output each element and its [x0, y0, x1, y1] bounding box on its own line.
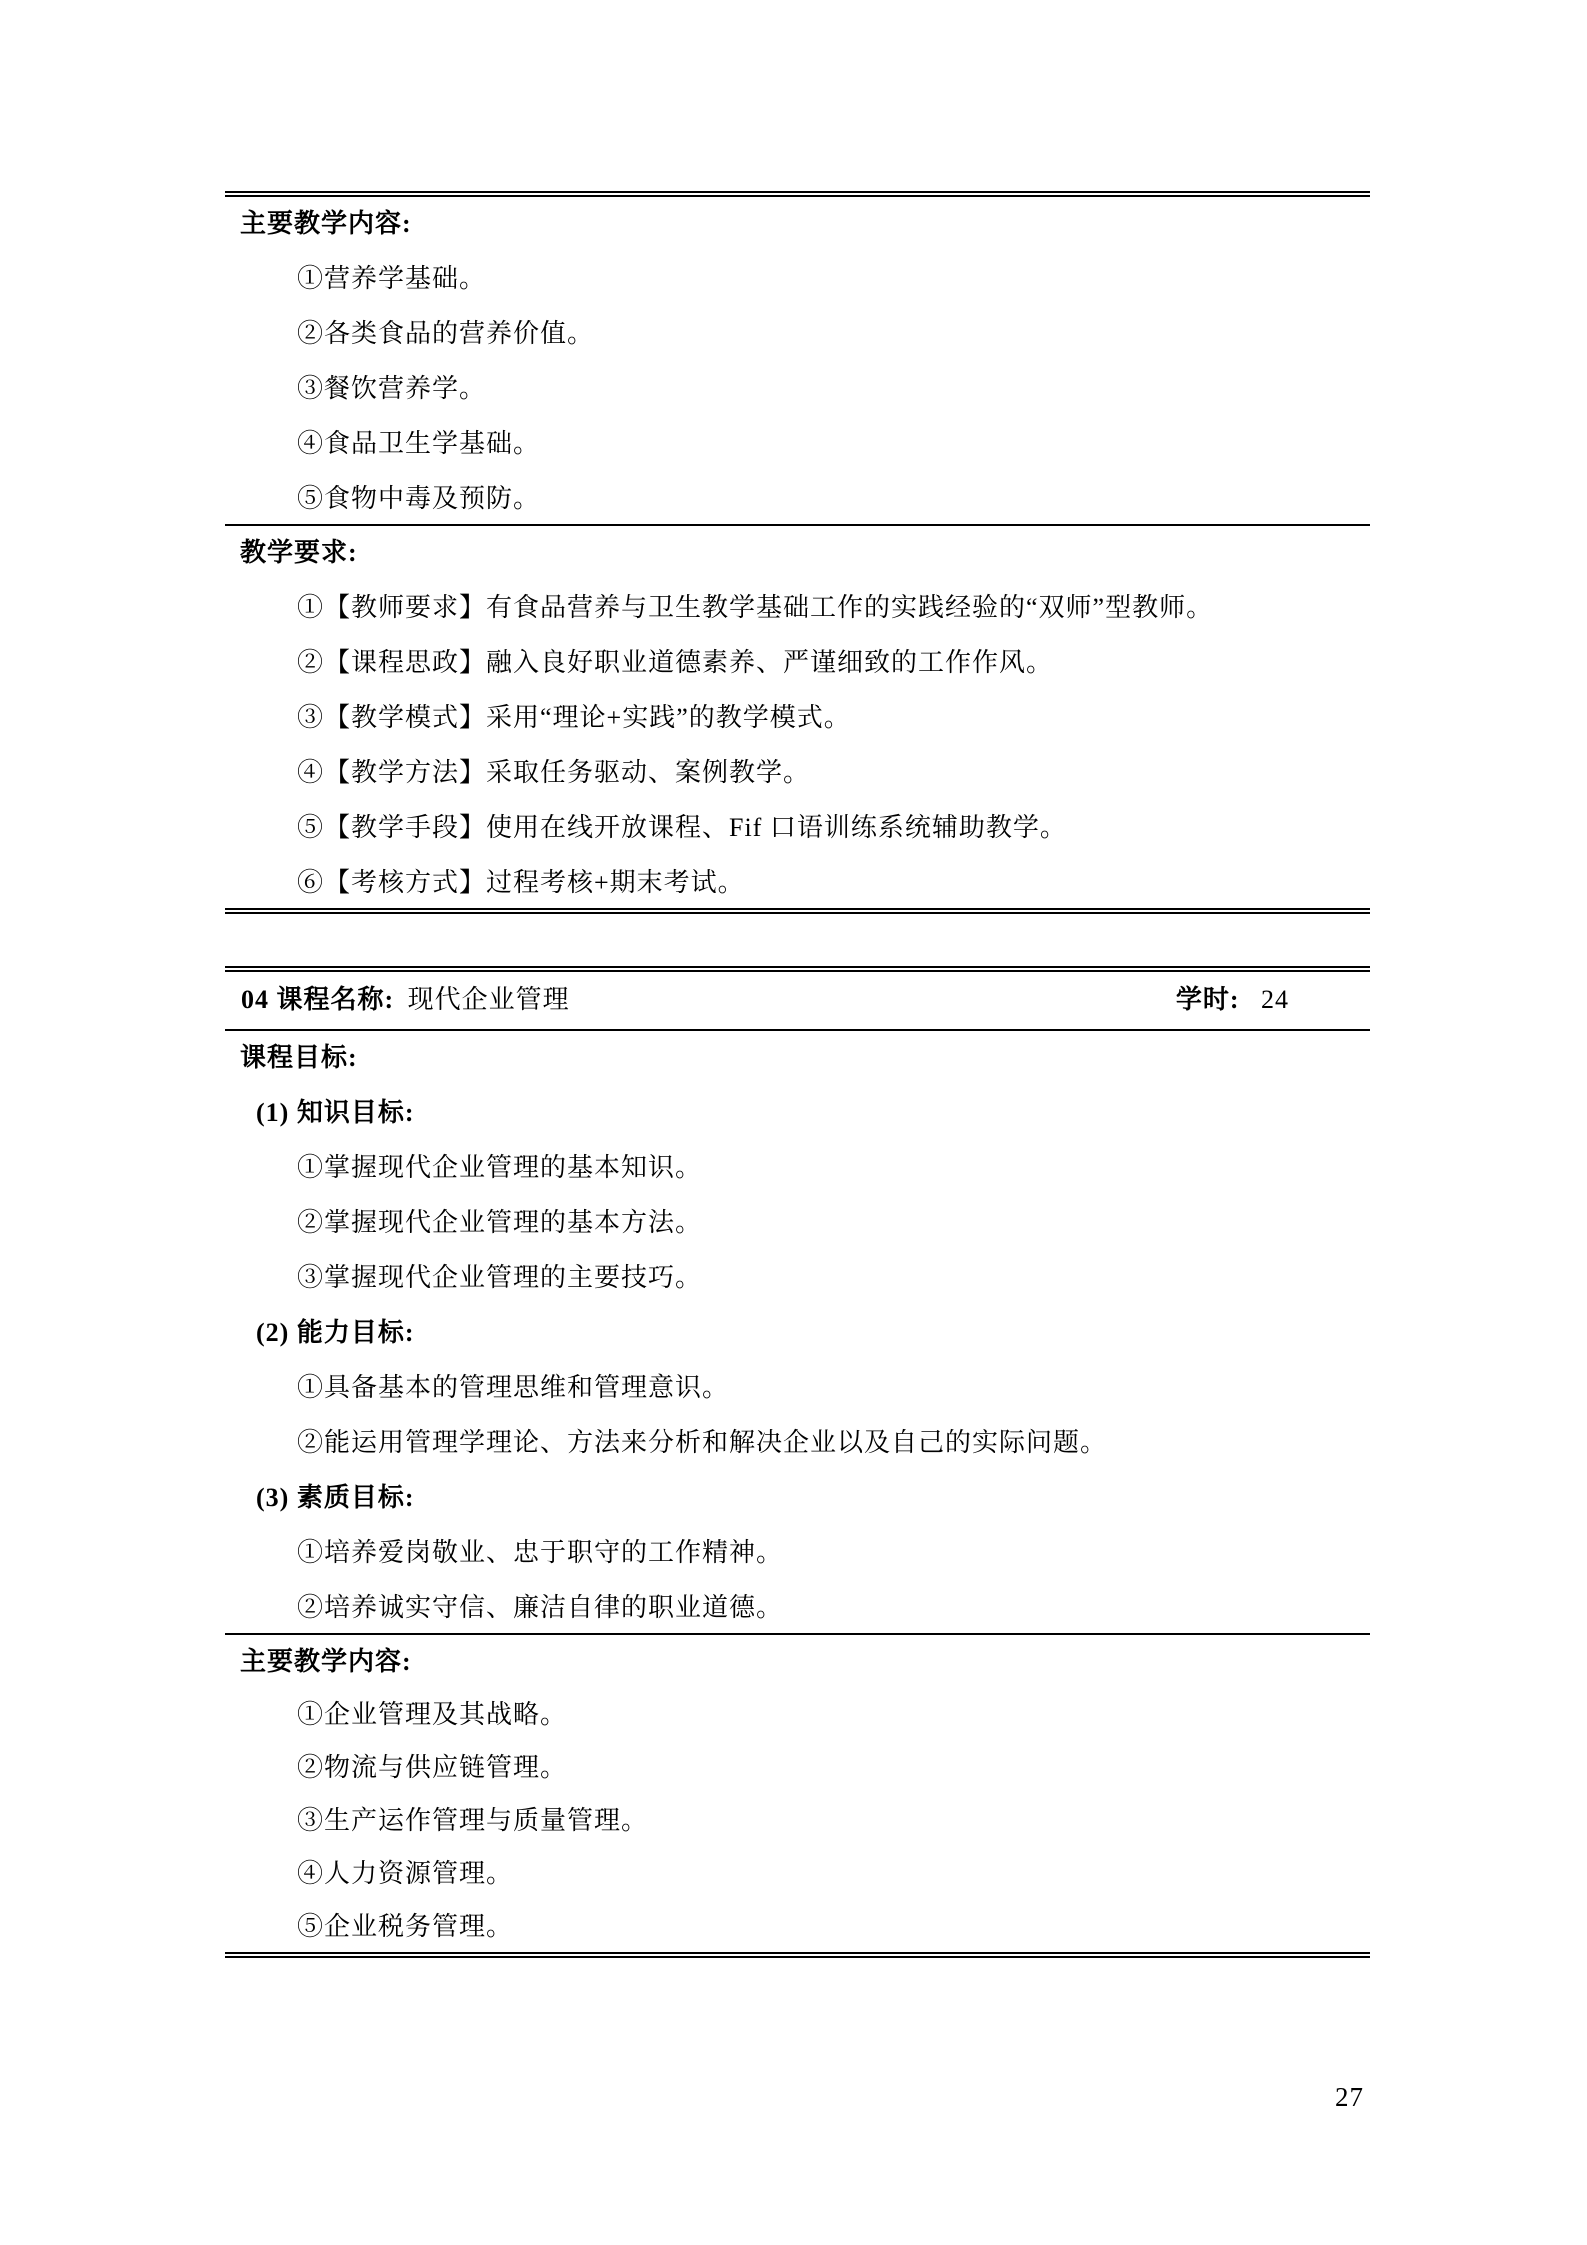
- list-item: ①【教师要求】有食品营养与卫生教学基础工作的实践经验的“双师”型教师。: [297, 593, 1370, 623]
- course-name-value: 现代企业管理: [408, 985, 570, 1014]
- goal-group-heading: (2) 能力目标:: [256, 1318, 1370, 1348]
- list-item: ①掌握现代企业管理的基本知识。: [297, 1153, 1370, 1183]
- course-name-label: 04 课程名称:: [241, 985, 394, 1014]
- list-item: ③餐饮营养学。: [297, 374, 1370, 404]
- course-hours-label: 学时:: [1176, 985, 1240, 1014]
- list-item: ①培养爱岗敬业、忠于职守的工作精神。: [297, 1538, 1370, 1568]
- list-item: ②培养诚实守信、廉洁自律的职业道德。: [297, 1593, 1370, 1623]
- list-item: ②能运用管理学理论、方法来分析和解决企业以及自己的实际问题。: [297, 1428, 1370, 1458]
- course-03-table: 主要教学内容: ①营养学基础。 ②各类食品的营养价值。 ③餐饮营养学。 ④食品卫…: [225, 191, 1370, 914]
- course-header-row: 04 课程名称: 现代企业管理 学时: 24: [225, 972, 1370, 1031]
- course-hours-value: 24: [1261, 985, 1289, 1014]
- list-item: ⑥【考核方式】过程考核+期末考试。: [297, 868, 1370, 898]
- list-item: ①营养学基础。: [297, 264, 1370, 294]
- goal-group-heading: (3) 素质目标:: [256, 1483, 1370, 1513]
- document-page: 主要教学内容: ①营养学基础。 ②各类食品的营养价值。 ③餐饮营养学。 ④食品卫…: [0, 0, 1587, 2245]
- goal-group-heading: (1) 知识目标:: [256, 1098, 1370, 1128]
- list-item: ②掌握现代企业管理的基本方法。: [297, 1208, 1370, 1238]
- main-teaching-content-heading: 主要教学内容:: [240, 209, 1370, 239]
- section-teaching-requirements: 教学要求: ①【教师要求】有食品营养与卫生教学基础工作的实践经验的“双师”型教师…: [225, 538, 1370, 908]
- list-item: ③掌握现代企业管理的主要技巧。: [297, 1263, 1370, 1293]
- course-name-cell: 04 课程名称: 现代企业管理: [241, 985, 570, 1015]
- main-teaching-content-heading: 主要教学内容:: [240, 1647, 1370, 1677]
- teaching-requirements-heading: 教学要求:: [240, 538, 1370, 568]
- list-item: ⑤【教学手段】使用在线开放课程、Fif 口语训练系统辅助教学。: [297, 813, 1370, 843]
- list-item: ②各类食品的营养价值。: [297, 319, 1370, 349]
- list-item: ④【教学方法】采取任务驱动、案例教学。: [297, 758, 1370, 788]
- page-number: 27: [1335, 2082, 1364, 2113]
- list-item: ②【课程思政】融入良好职业道德素养、严谨细致的工作作风。: [297, 648, 1370, 678]
- section-course-goals: 课程目标: (1) 知识目标: ①掌握现代企业管理的基本知识。 ②掌握现代企业管…: [225, 1043, 1370, 1635]
- list-item: ①企业管理及其战略。: [297, 1700, 1370, 1730]
- list-item: ②物流与供应链管理。: [297, 1753, 1370, 1783]
- list-item: ⑤企业税务管理。: [297, 1912, 1370, 1942]
- list-item: ③生产运作管理与质量管理。: [297, 1806, 1370, 1836]
- list-item: ⑤食物中毒及预防。: [297, 484, 1370, 514]
- list-item: ①具备基本的管理思维和管理意识。: [297, 1373, 1370, 1403]
- course-hours-cell: 学时: 24: [1176, 985, 1289, 1015]
- course-goals-heading: 课程目标:: [240, 1043, 1370, 1073]
- list-item: ③【教学模式】采用“理论+实践”的教学模式。: [297, 703, 1370, 733]
- section-main-teaching-content-2: 主要教学内容: ①企业管理及其战略。 ②物流与供应链管理。 ③生产运作管理与质量…: [225, 1647, 1370, 1952]
- list-item: ④食品卫生学基础。: [297, 429, 1370, 459]
- section-main-teaching-content: 主要教学内容: ①营养学基础。 ②各类食品的营养价值。 ③餐饮营养学。 ④食品卫…: [225, 209, 1370, 526]
- course-04-table: 04 课程名称: 现代企业管理 学时: 24 课程目标: (1) 知识目标: ①…: [225, 966, 1370, 1958]
- list-item: ④人力资源管理。: [297, 1859, 1370, 1889]
